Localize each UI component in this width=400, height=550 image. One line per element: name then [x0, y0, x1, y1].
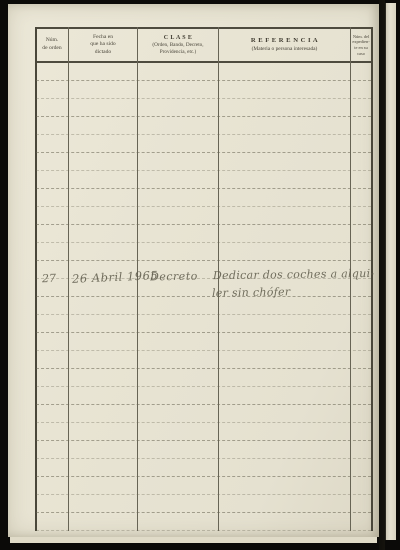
- header-clase-title: C L A S E: [164, 34, 193, 42]
- row-line: [36, 386, 371, 387]
- underlying-sheet-edge: [10, 537, 377, 543]
- header-clase: C L A S E (Orden, Bando, Decreto, Provid…: [138, 29, 218, 61]
- header-num-orden-line2: de orden: [42, 45, 61, 53]
- row-line: [36, 116, 371, 117]
- entry-referencia-line2: ler sin chófer: [212, 285, 291, 299]
- table-left-border: [35, 27, 37, 531]
- next-page-edge: [385, 3, 396, 540]
- header-num-orden-line1: Núm.: [46, 37, 59, 45]
- row-line: [36, 224, 371, 225]
- column-divider-1: [68, 27, 69, 531]
- header-expediente: Núm. del expedien- te en su caso: [351, 29, 371, 61]
- row-line: [36, 152, 371, 153]
- row-line: [36, 350, 371, 351]
- row-line: [36, 404, 371, 405]
- header-fecha: Fecha en que ha sido dictado: [69, 29, 137, 61]
- row-line: [36, 458, 371, 459]
- entry-num-orden: 27: [42, 272, 56, 285]
- row-line: [36, 206, 371, 207]
- row-line: [36, 134, 371, 135]
- header-referencia: R E F E R E N C I A (Materia o persona i…: [219, 29, 350, 61]
- row-line: [36, 260, 371, 261]
- entry-clase: Decreto: [150, 270, 198, 284]
- row-line: [36, 512, 371, 513]
- header-bottom-rule: [35, 61, 373, 63]
- row-line: [36, 242, 371, 243]
- row-line: [36, 476, 371, 477]
- header-fecha-line1: Fecha en: [93, 34, 113, 42]
- header-clase-sub2: Providencia, etc.): [160, 49, 196, 56]
- scanned-ledger-page: Núm. de orden Fecha en que ha sido dicta…: [0, 0, 400, 550]
- header-referencia-sub: (Materia o persona interesada): [252, 46, 318, 53]
- row-line: [36, 80, 371, 81]
- row-line: [36, 314, 371, 315]
- row-line: [36, 494, 371, 495]
- header-clase-sub1: (Orden, Bando, Decreto,: [152, 42, 203, 49]
- row-line: [36, 296, 371, 297]
- header-fecha-line3: dictado: [95, 49, 111, 57]
- row-line: [36, 422, 371, 423]
- header-referencia-title: R E F E R E N C I A: [251, 37, 318, 46]
- row-line: [36, 188, 371, 189]
- header-num-orden: Núm. de orden: [36, 29, 68, 61]
- row-line: [36, 440, 371, 441]
- row-line: [36, 530, 371, 531]
- row-line: [36, 98, 371, 99]
- row-line: [36, 332, 371, 333]
- header-expediente-line4: caso: [357, 51, 365, 57]
- row-line: [36, 368, 371, 369]
- header-fecha-line2: que ha sido: [90, 41, 115, 49]
- entry-referencia-line1: Dedicar dos coches a alqui-: [213, 267, 375, 282]
- row-line: [36, 170, 371, 171]
